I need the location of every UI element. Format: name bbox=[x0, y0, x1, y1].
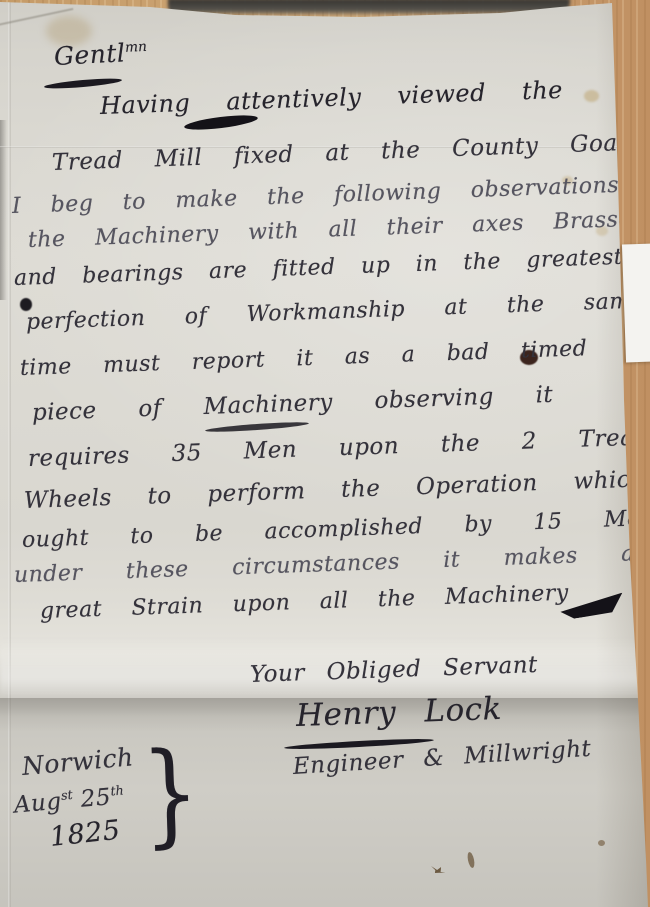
letter-salutation: Gentlmn bbox=[53, 37, 148, 71]
date-superscript: th bbox=[110, 782, 124, 798]
photo-scene: Gentlmn Having attentively viewed the Tr… bbox=[0, 0, 650, 907]
date-day: 25 bbox=[72, 784, 112, 813]
white-paper-corner bbox=[622, 244, 650, 363]
letter-line: piece of Machinery observing it bbox=[32, 382, 554, 426]
letter-line: and bearings are fitted up in the greate… bbox=[14, 245, 624, 291]
letter-line: perfection of Workmanship at the same bbox=[26, 288, 645, 335]
signature: Henry Lock bbox=[295, 691, 502, 734]
dateline-place: Norwich bbox=[21, 742, 135, 781]
salutation-superscript: mn bbox=[125, 39, 148, 56]
dirt-speck bbox=[429, 863, 447, 877]
ink-flourish-underline bbox=[44, 77, 122, 91]
letter-line: great Strain upon all the Machinery bbox=[40, 581, 570, 624]
dateline-date: Augst 25th bbox=[13, 782, 125, 818]
vertical-fold-crease bbox=[8, 0, 11, 907]
letter-line: Having attentively viewed the bbox=[100, 76, 564, 120]
letter-line: requires 35 Men upon the 2 Tread bbox=[28, 424, 650, 472]
dateline-brace: } bbox=[140, 740, 201, 848]
letter-line: Wheels to perform the Operation which bbox=[24, 466, 646, 514]
salutation-text: Gentl bbox=[53, 38, 126, 71]
letter-line: Tread Mill fixed at the County Goal bbox=[52, 130, 626, 176]
handwritten-letter: Gentlmn Having attentively viewed the Tr… bbox=[0, 0, 650, 907]
dirt-speck bbox=[598, 840, 605, 846]
ink-flourish-underline bbox=[205, 420, 309, 433]
paper-stain bbox=[584, 90, 599, 102]
dateline-year: 1825 bbox=[48, 815, 122, 853]
letter-line: time must report it as a bad timed bbox=[20, 336, 588, 381]
date-month: Aug bbox=[13, 789, 63, 819]
dirt-speck bbox=[466, 852, 475, 869]
